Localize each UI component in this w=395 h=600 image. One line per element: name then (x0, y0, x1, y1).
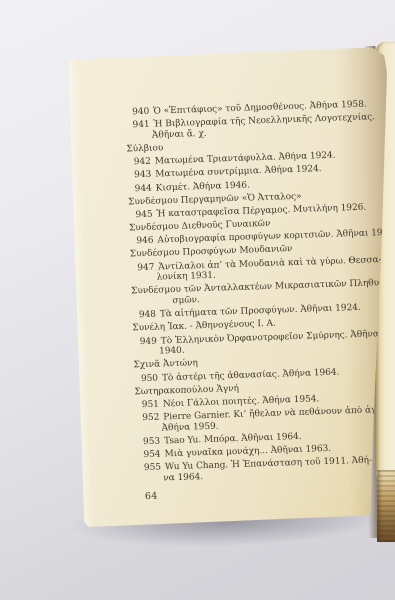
entry-number: 950 (141, 373, 158, 384)
entry-number: 942 (134, 157, 151, 168)
entry-number: 944 (135, 183, 152, 194)
entry-number: 955 (144, 463, 161, 474)
tanned-page-edges (377, 470, 395, 542)
entry-number: 947 (137, 262, 154, 273)
entry-number: 948 (139, 310, 156, 321)
entry-number: 943 (134, 170, 151, 181)
entry-number: 953 (143, 436, 160, 447)
entry-number: 940 (132, 107, 149, 118)
entry-text: Κισμέτ. Ἀθήνα 1946. (156, 180, 250, 193)
bibliography-list: 940Ὁ «Ἐπιτάφιος» τοῦ Δημοσθένους. Ἀθήνα … (125, 99, 395, 503)
entries-container: 940Ὁ «Ἐπιτάφιος» τοῦ Δημοσθένους. Ἀθήνα … (125, 99, 395, 485)
entry-text: Tsao Yu. Μπόρα. Ἀθῆναι 1964. (164, 432, 302, 447)
entry-number: 952 (142, 413, 159, 424)
book-photo: 940Ὁ «Ἐπιτάφιος» τοῦ Δημοσθένους. Ἀθήνα … (0, 0, 395, 600)
entry-number: 949 (140, 336, 157, 347)
entry-number: 941 (132, 120, 149, 131)
entry-number: 954 (143, 450, 160, 461)
entry-number: 951 (142, 400, 159, 411)
page-left-edge-highlight (68, 57, 94, 527)
entry-number: 946 (136, 236, 153, 247)
book-page: 940Ὁ «Ἐπιτάφιος» τοῦ Δημοσθένους. Ἀθήνα … (68, 47, 395, 527)
entry-number: 945 (135, 210, 152, 221)
